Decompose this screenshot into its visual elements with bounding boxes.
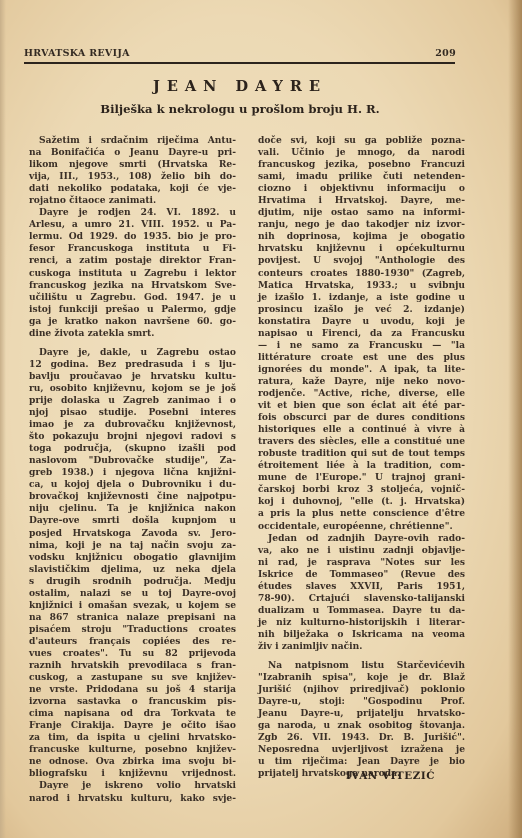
page-edge-shadow-left xyxy=(0,0,6,838)
text-line: što pokazuju brojni njegovi radovi s xyxy=(29,431,236,443)
text-line: ostalim, nalazi se u toj Dayre-ovoj xyxy=(29,588,236,600)
text-line: rodjenče. "Active, riche, diverse, elle xyxy=(258,388,465,400)
text-line: povijest. U svojoj "Anthologie des xyxy=(258,255,465,267)
text-line: toga područja, (skupno izašli pod xyxy=(29,443,236,455)
text-line: Matica Hrvatska, 1933.; u svibnju xyxy=(258,280,465,292)
text-line: ni rad, je rasprava "Notes sur les xyxy=(258,557,465,569)
text-line: ne vrste. Pridodana su još 4 starija xyxy=(29,684,236,696)
text-line: u tim riječima: Jean Dayre je bio xyxy=(258,756,465,768)
text-line: istoj funkciji prešao u Palermo, gdje xyxy=(29,304,236,316)
text-line: conteurs croates 1880-1930" (Zagreb, xyxy=(258,268,465,280)
text-line: francuske kulturne, posebno književ- xyxy=(29,744,236,756)
text-line: Jurišić (njihov priredjivač) poklonio xyxy=(258,684,465,696)
text-line: slavističkim djelima, uz neka djela xyxy=(29,564,236,576)
text-line: d'auteurs français copiées des re- xyxy=(29,636,236,648)
text-line: études slaves XXVII, Paris 1951, xyxy=(258,581,465,593)
text-line: vit et bien que son éclat ait été par- xyxy=(258,400,465,412)
text-line: dati nekoliko podataka, koji će vje- xyxy=(29,183,236,195)
text-line: bliografsku i književnu vrijednost. xyxy=(29,768,236,780)
text-line: pisaćem stroju "Traductions croates xyxy=(29,624,236,636)
text-line: va, ako ne i uistinu zadnji objavlje- xyxy=(258,545,465,557)
text-line: Dayre-ove smrti došla kupnjom u xyxy=(29,515,236,527)
text-line: Franje Cirakija. Dayre je očito išao xyxy=(29,720,236,732)
text-line: ranju, nego je dao takodjer niz izvor- xyxy=(258,219,465,231)
right-text-column: doče svi, koji su ga pobliže pozna-vali.… xyxy=(258,135,465,780)
text-line: vues croates". Tu su 82 prijevoda xyxy=(29,648,236,660)
text-line: littérature croate est une des plus xyxy=(258,352,465,364)
text-line: brovačkoj književnosti čine najpotpu- xyxy=(29,491,236,503)
text-line: fois obscurci par de dures conditions xyxy=(258,412,465,424)
text-line: ca, u kojoj djela o Dubrovniku i du- xyxy=(29,479,236,491)
text-line: imao je za dubrovačku književnost, xyxy=(29,419,236,431)
text-line: nih bilježaka o Iskricama na veoma xyxy=(258,629,465,641)
text-line: Jedan od zadnjih Dayre-ovih rado- xyxy=(258,533,465,545)
text-line: doče svi, koji su ga pobliže pozna- xyxy=(258,135,465,147)
text-line: ignorées du monde". A ipak, ta lite- xyxy=(258,364,465,376)
text-line: posjed Hrvatskoga Zavoda sv. Jero- xyxy=(29,528,236,540)
text-line: cuskoga instituta u Zagrebu i lektor xyxy=(29,268,236,280)
text-line: Na natpisnom listu Starčevićevih xyxy=(258,660,465,672)
text-line: cuskog, a zastupane su sve književ- xyxy=(29,672,236,684)
text-line: živ i zanimljiv način. xyxy=(258,641,465,653)
text-line: travers des siècles, elle a constitué un… xyxy=(258,436,465,448)
text-line: za tim, da ispita u cjelini hrvatsko- xyxy=(29,732,236,744)
text-line: mune de l'Europe." U trajnoj grani- xyxy=(258,472,465,484)
text-line: sami, imadu prilike čuti netenden- xyxy=(258,171,465,183)
text-line: lermu. Od 1929. do 1935. bio je pro- xyxy=(29,231,236,243)
text-line: ne odnose. Ova zbirka ima svoju bi- xyxy=(29,756,236,768)
text-line: Dayre je iskreno volio hrvatski xyxy=(29,780,236,792)
text-line: s drugih srodnih područja. Medju xyxy=(29,576,236,588)
text-line: greb 1938.) i njegova lična knjižni- xyxy=(29,467,236,479)
text-line: prosincu izašlo je već 2. izdanje) xyxy=(258,304,465,316)
text-line: occidentale, européenne, chrétienne". xyxy=(258,521,465,533)
text-line: rojatno čitaoce zanimati. xyxy=(29,195,236,207)
text-line: hrvatsku književnu i općekulturnu xyxy=(258,243,465,255)
text-line: vodsku knjižnicu obogatio glavnijim xyxy=(29,552,236,564)
text-line: likom njegove smrti (Hrvatska Re- xyxy=(29,159,236,171)
text-line: učilištu u Zagrebu. God. 1947. je u xyxy=(29,292,236,304)
text-line: knjižnici i omašan svezak, u kojem se xyxy=(29,600,236,612)
text-line: vali. Učinio je mnogo, da narodi xyxy=(258,147,465,159)
left-text-column: Sažetim i srdačnim riječima Antu-na Boni… xyxy=(29,135,236,805)
text-line: renci, a zatim postaje direktor Fran- xyxy=(29,255,236,267)
text-line: čarskoj borbi kroz 3 stoljeća, vojnič- xyxy=(258,484,465,496)
text-line: je niz kulturno-historijskih i literar- xyxy=(258,617,465,629)
text-line: Hrvatima i Hrvatskoj. Dayre, me- xyxy=(258,195,465,207)
text-line: izvorna sastavka o francuskim pis- xyxy=(29,696,236,708)
page-number: 209 xyxy=(435,48,456,59)
text-line: historiques elle a continué à vivre à xyxy=(258,424,465,436)
text-line: ciozno i objektivnu informaciju o xyxy=(258,183,465,195)
text-line: bavlju proučavao je hrvatsku kultu- xyxy=(29,371,236,383)
text-line: — i ne samo za Francusku — "la xyxy=(258,340,465,352)
text-line: ru, osobito književnu, kojom se je još xyxy=(29,383,236,395)
article-title: JEAN DAYRE xyxy=(0,78,480,95)
paragraph-gap xyxy=(258,653,465,660)
author-signature: IVAN VITEZIĆ xyxy=(346,770,435,782)
journal-name: HRVATSKA REVIJA xyxy=(24,48,130,59)
text-line: na Bonifačića o Jeanu Dayre-u pri- xyxy=(29,147,236,159)
text-line: raznih hrvatskih prevodilaca s fran- xyxy=(29,660,236,672)
text-line: francuskog jezika, posebno Francuzi xyxy=(258,159,465,171)
paragraph-gap xyxy=(29,340,236,347)
text-line: Sažetim i srdačnim riječima Antu- xyxy=(29,135,236,147)
text-line: Dayre-u, stoji: "Gospodinu Prof. xyxy=(258,696,465,708)
text-line: prije dolaska u Zagreb zanimao i o xyxy=(29,395,236,407)
page-edge-shadow-right xyxy=(508,0,522,838)
text-line: fesor Francuskoga instituta u Fi- xyxy=(29,243,236,255)
text-line: francuskog jezika na Hrvatskom Sve- xyxy=(29,280,236,292)
text-line: robuste tradition qui sut de tout temps xyxy=(258,448,465,460)
text-line: konstatira Dayre u uvodu, koji je xyxy=(258,316,465,328)
text-line: Dayre je rodjen 24. VI. 1892. u xyxy=(29,207,236,219)
text-line: ratura, kaže Dayre, nije neko novo- xyxy=(258,376,465,388)
text-line: Dayre je, dakle, u Zagrebu ostao xyxy=(29,347,236,359)
text-line: Iskrice de Tommaseo" (Revue des xyxy=(258,569,465,581)
text-line: dine života zatekla smrt. xyxy=(29,328,236,340)
text-line: ga je kratko nakon navršene 60. go- xyxy=(29,316,236,328)
text-line: ga naroda, u znak osobitog štovanja. xyxy=(258,720,465,732)
text-line: a pris la plus nette conscience d'être xyxy=(258,508,465,520)
text-line: koj i duhovnoj, "elle (t. j. Hrvatska) xyxy=(258,496,465,508)
text-line: cima napisana od dra Torkvata te xyxy=(29,708,236,720)
text-line: djutim, nije ostao samo na informi- xyxy=(258,207,465,219)
text-line: Zgb 26. VII. 1943. Dr. B. Jurišić". xyxy=(258,732,465,744)
article-subtitle: Bilješka k nekrologu u prošlom broju H. … xyxy=(0,102,480,116)
running-head: HRVATSKA REVIJA 209 xyxy=(24,48,456,59)
text-line: 78-90). Crtajući slavensko-talijanski xyxy=(258,593,465,605)
text-line: Arlesu, a umro 21. VIII. 1952. u Pa- xyxy=(29,219,236,231)
header-rule xyxy=(24,62,455,64)
text-line: dualizam u Tommasea. Dayre tu da- xyxy=(258,605,465,617)
text-line: niju cjelinu. Ta je knjižnica nakon xyxy=(29,503,236,515)
text-line: étroitement liée à la tradition, com- xyxy=(258,460,465,472)
text-line: nima, koji je na taj način svoju za- xyxy=(29,540,236,552)
text-line: vija, III., 1953., 108) želio bih do- xyxy=(29,171,236,183)
text-line: Jeanu Dayre-u, prijatelju hrvatsko- xyxy=(258,708,465,720)
text-line: narod i hrvatsku kulturu, kako svje- xyxy=(29,793,236,805)
text-line: je izašlo 1. izdanje, a iste godine u xyxy=(258,292,465,304)
text-line: na 867 stranica nalaze prepisani na xyxy=(29,612,236,624)
text-line: naslovom "Dubrovačke studije", Za- xyxy=(29,455,236,467)
text-line: njoj pisao studije. Posebni interes xyxy=(29,407,236,419)
text-line: nih doprinosa, kojima je obogatio xyxy=(258,231,465,243)
text-line: 12 godina. Bez predrasuda i s lju- xyxy=(29,359,236,371)
text-line: "Izabranih spisa", koje je dr. Blaž xyxy=(258,672,465,684)
text-line: napisao u Firenci, da za Francusku xyxy=(258,328,465,340)
text-line: Neposredna uvjerljivost izražena je xyxy=(258,744,465,756)
